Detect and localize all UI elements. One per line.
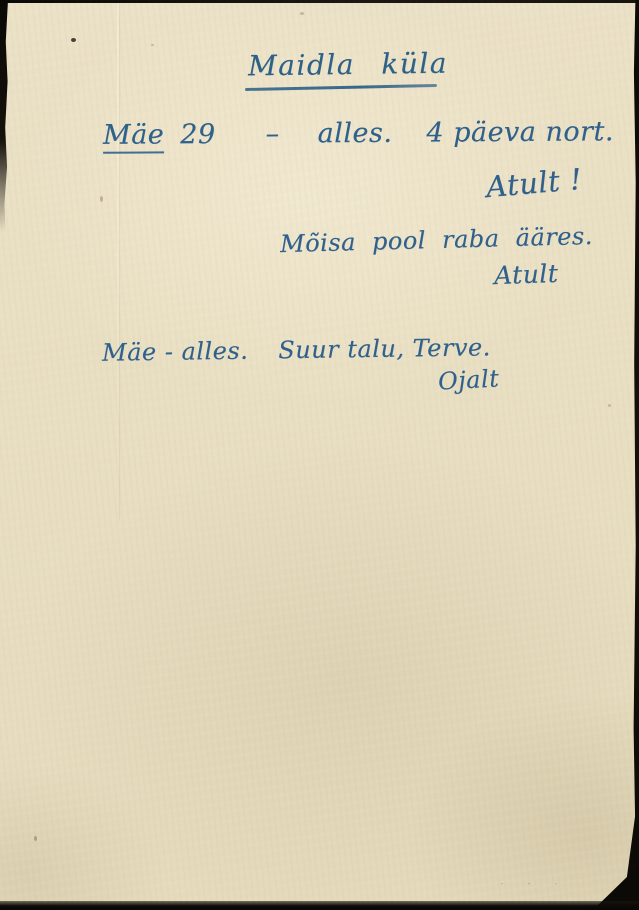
entry-line-1: Mäe 29 – alles. 4 päeva nort. xyxy=(103,116,614,154)
entry3-lead: Mäe - alles. xyxy=(102,337,249,367)
paper-speck xyxy=(34,836,37,841)
scanned-page: ˏ ˎ ˏ Maidla küla Mäe 29 – alles. 4 päev… xyxy=(0,0,639,910)
entry1-dash: – xyxy=(265,119,279,150)
entry1-note: 4 päeva nort. xyxy=(426,116,614,148)
paper-speck xyxy=(608,404,611,407)
entry1-farm-name: Mäe xyxy=(103,119,164,153)
paper-speck xyxy=(100,196,103,202)
paper-crease xyxy=(117,0,119,520)
paper-speck xyxy=(151,44,154,46)
entry-line-3: Mäe - alles. Suur talu, Terve. xyxy=(102,333,491,366)
entry1-number: 29 xyxy=(180,119,216,150)
scan-edge-bottom xyxy=(0,901,639,910)
scan-edge-top xyxy=(0,0,639,3)
entry3-note: Suur talu, Terve. xyxy=(278,333,491,364)
faint-pencil-marks: ˏ ˎ ˏ xyxy=(500,872,568,885)
paper-speck xyxy=(300,12,304,15)
ink-speck xyxy=(71,38,76,42)
entry2-signature: Atult xyxy=(494,259,559,290)
page-title: Maidla küla xyxy=(248,47,448,83)
entry1-status: alles. xyxy=(317,118,392,150)
entry3-signature: Ojalt xyxy=(437,364,500,395)
